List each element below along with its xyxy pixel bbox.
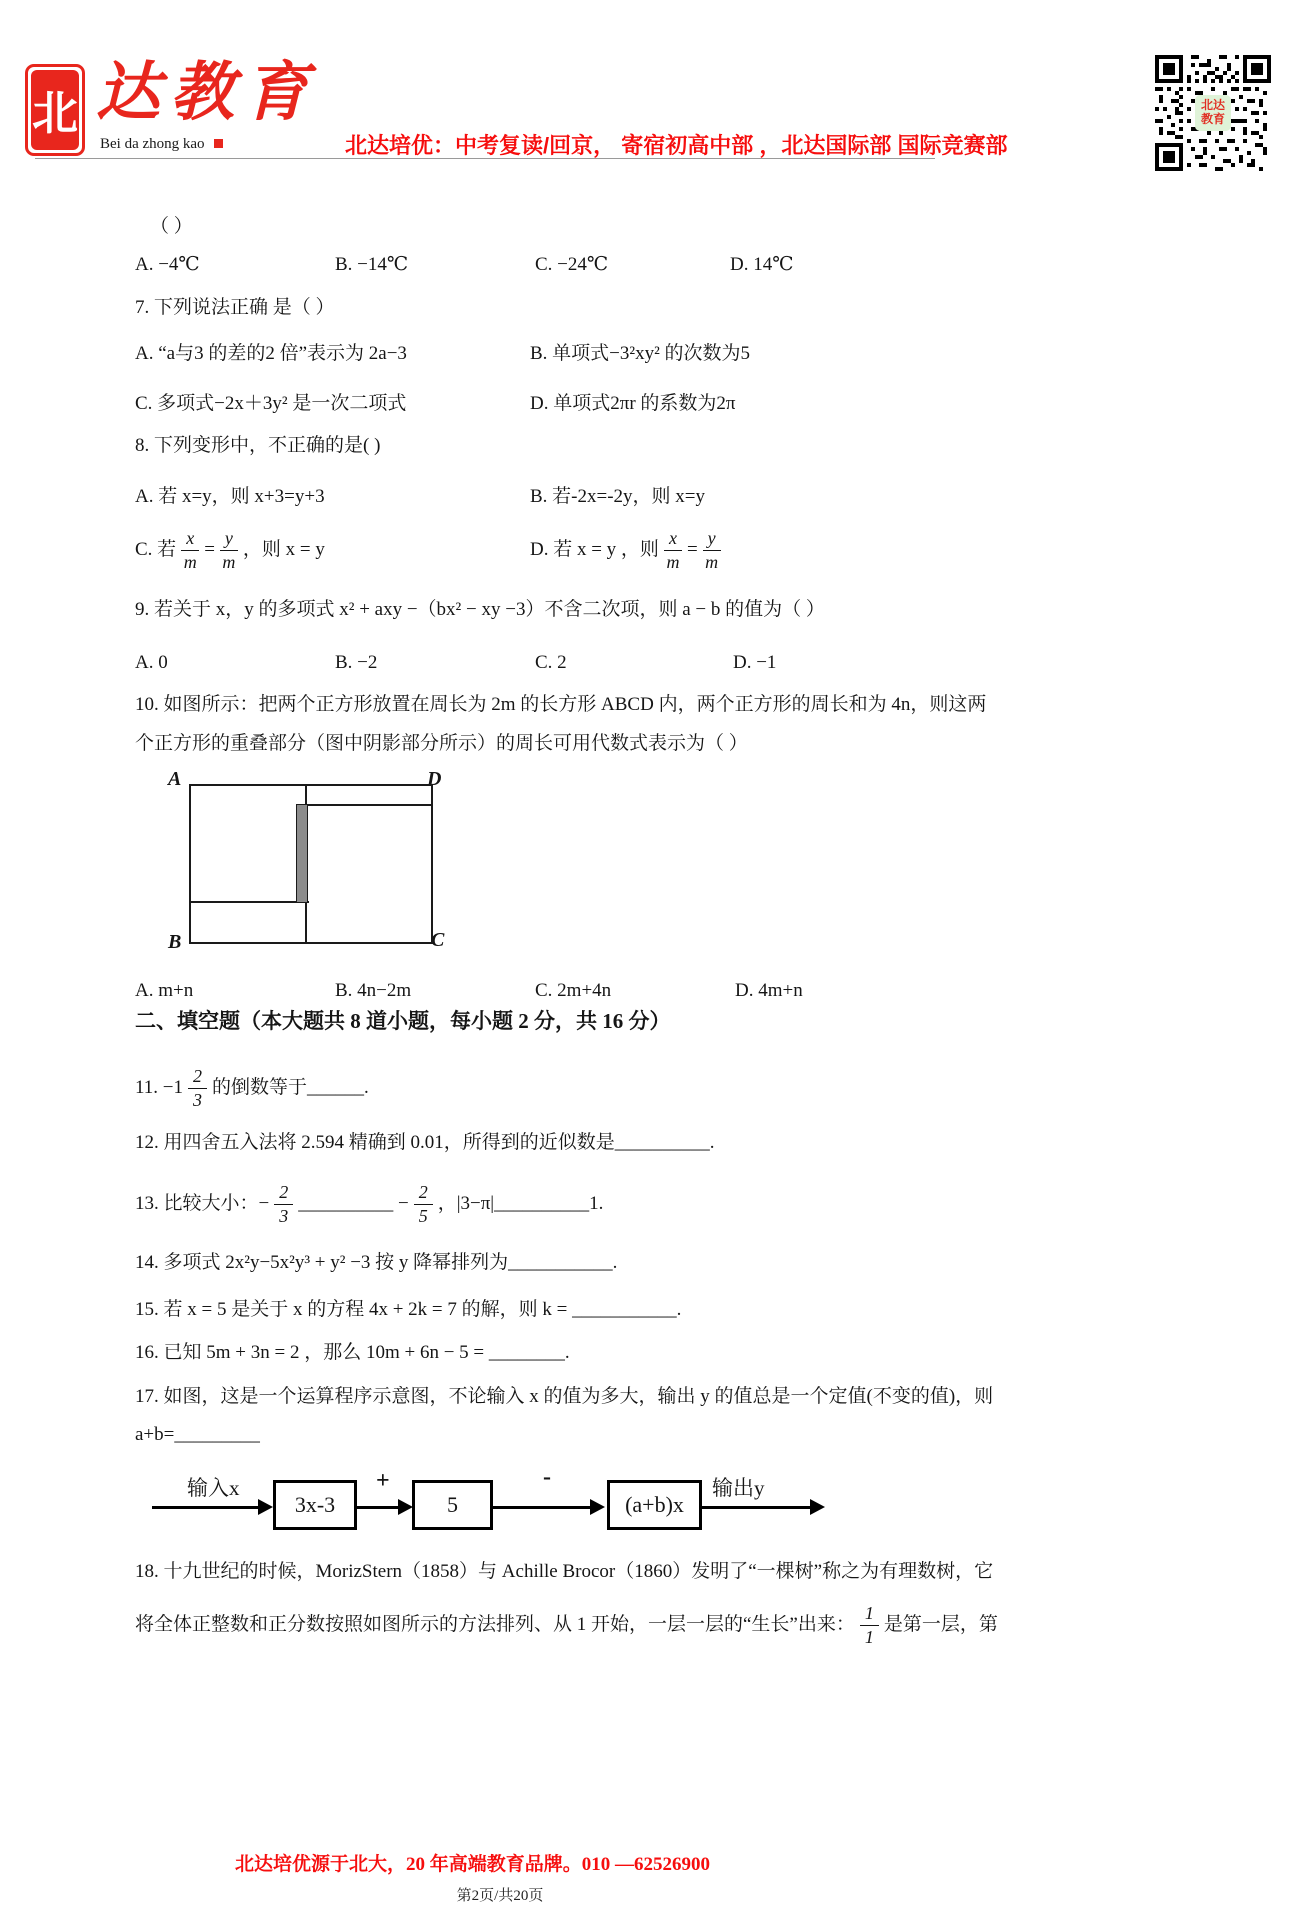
figure-label-b: B bbox=[168, 931, 181, 954]
flowchart-arrowhead-icon bbox=[258, 1499, 273, 1515]
option-7b: B. 单项式−3²xy² 的次数为5 bbox=[530, 338, 750, 365]
figure-left-square-bottom bbox=[191, 901, 309, 903]
option-6b: B. −14℃ bbox=[335, 253, 408, 276]
qr-center-badge: 北达 教育 bbox=[1195, 95, 1231, 131]
section-2-heading: 二、填空题（本大题共 8 道小题，每小题 2 分，共 16 分） bbox=[135, 1008, 671, 1034]
question-7-stem: 7. 下列说法正确 是（ ） bbox=[135, 296, 335, 320]
option-10c: C. 2m+4n bbox=[535, 980, 611, 1002]
figure-rectangle-abcd bbox=[189, 784, 433, 944]
page-number: 第2页/共20页 bbox=[0, 1884, 1000, 1905]
fraction-y-over-m: ym bbox=[703, 528, 721, 572]
exam-page: 北 达教育 Bei da zhong kao 北达培优：中考复读/回京， 寄宿初… bbox=[0, 0, 1304, 1928]
option-8d-pre: D. 若 x = y ，则 bbox=[530, 538, 659, 562]
option-9a: A. 0 bbox=[135, 652, 168, 674]
flowchart-output-label: 输出y bbox=[712, 1472, 765, 1502]
question-17-line2: a+b=_________ bbox=[135, 1423, 260, 1447]
question-15: 15. 若 x = 5 是关于 x 的方程 4x + 2k = 7 的解，则 k… bbox=[135, 1298, 681, 1322]
option-8c: C. 若 xm = ym ，则 x = y bbox=[135, 523, 325, 577]
option-6d: D. 14℃ bbox=[730, 253, 793, 276]
question-11-post: 的倒数等于______. bbox=[212, 1076, 369, 1100]
question-6-paren: （ ） bbox=[150, 215, 193, 239]
option-6c: C. −24℃ bbox=[535, 253, 608, 276]
fraction-x-over-m: xm bbox=[664, 528, 682, 572]
flowchart-arrowhead-icon bbox=[398, 1499, 413, 1515]
option-7d: D. 单项式2πr 的系数为2π bbox=[530, 388, 735, 415]
logo-text: 达教育 bbox=[96, 58, 318, 128]
option-7a: A. “a与3 的差的2 倍”表示为 2a−3 bbox=[135, 338, 407, 365]
qr-badge-line1: 北达 bbox=[1201, 99, 1225, 113]
option-9b: B. −2 bbox=[335, 652, 377, 674]
logo-stamp-icon: 北 bbox=[25, 64, 85, 156]
question-18-line2-post: 是第一层，第 bbox=[884, 1613, 998, 1637]
question-10-line1: 10. 如图所示：把两个正方形放置在周长为 2m 的长方形 ABCD 内，两个正… bbox=[135, 693, 986, 717]
question-17-line1: 17. 如图，这是一个运算程序示意图，不论输入 x 的值为多大，输出 y 的值总… bbox=[135, 1385, 993, 1409]
flowchart-input-label: 输入x bbox=[187, 1472, 240, 1502]
header-tagline: 北达培优：中考复读/回京， 寄宿初高中部 ，北达国际部 国际竞赛部 bbox=[345, 129, 1007, 160]
option-9c: C. 2 bbox=[535, 652, 567, 674]
question-18-line1: 18. 十九世纪的时候，MorizStern（1858）与 Achille Br… bbox=[135, 1560, 993, 1584]
option-10b: B. 4n−2m bbox=[335, 980, 411, 1002]
footer-slogan: 北达培优源于北大，20 年高端教育品牌。010 —62526900 bbox=[0, 1849, 945, 1876]
fraction-x-over-m: xm bbox=[181, 528, 199, 572]
question-9-stem: 9. 若关于 x，y 的多项式 x² + axy −（bx² − xy −3）不… bbox=[135, 598, 825, 622]
fraction-2-over-5: 25 bbox=[414, 1182, 433, 1226]
question-18-line2-pre: 将全体正整数和正分数按照如图所示的方法排列、从 1 开始，一层一层的“生长”出来… bbox=[135, 1613, 855, 1637]
question-14: 14. 多项式 2x²y−5x²y³ + y² −3 按 y 降幂排列为____… bbox=[135, 1251, 617, 1275]
option-10d: D. 4m+n bbox=[735, 980, 803, 1002]
fraction-1-over-1: 11 bbox=[860, 1603, 879, 1647]
option-10a: A. m+n bbox=[135, 980, 193, 1002]
option-8d-equals: = bbox=[687, 538, 698, 562]
flowchart-minus-label: - bbox=[543, 1464, 551, 1491]
flowchart-arrow-line bbox=[493, 1506, 593, 1509]
logo-square-icon bbox=[214, 139, 223, 148]
figure-label-a: A bbox=[168, 768, 181, 791]
figure-right-square-top bbox=[296, 804, 431, 806]
flowchart-box-2: 5 bbox=[412, 1480, 493, 1530]
option-9d: D. −1 bbox=[733, 652, 776, 674]
question-10-figure: A D B C bbox=[150, 765, 470, 965]
flowchart-arrow-line bbox=[702, 1506, 814, 1509]
flowchart-arrow-line bbox=[152, 1506, 264, 1509]
option-8c-pre: C. 若 bbox=[135, 538, 176, 562]
option-7c: C. 多项式−2x＋3y² 是一次二项式 bbox=[135, 388, 406, 415]
question-10-line2: 个正方形的重叠部分（图中阴影部分所示）的周长可用代数式表示为（ ） bbox=[135, 732, 748, 756]
question-11-pre: 11. −1 bbox=[135, 1076, 183, 1100]
figure-shaded-overlap bbox=[296, 804, 308, 903]
question-8-stem: 8. 下列变形中，不正确的是( ) bbox=[135, 434, 380, 458]
flowchart-box-1: 3x-3 bbox=[273, 1480, 357, 1530]
question-13-post: ，|3−π|__________1. bbox=[438, 1192, 604, 1216]
logo-stamp-character: 北 bbox=[31, 70, 79, 150]
question-11: 11. −1 23 的倒数等于______. bbox=[135, 1060, 369, 1116]
option-8d: D. 若 x = y ，则 xm = ym bbox=[530, 523, 726, 577]
flowchart-arrowhead-icon bbox=[810, 1499, 825, 1515]
option-8c-mid: ，则 x = y bbox=[243, 538, 325, 562]
question-13: 13. 比较大小：− 23 __________ − 25 ，|3−π|____… bbox=[135, 1178, 603, 1230]
fraction-2-over-3: 23 bbox=[274, 1182, 293, 1226]
qr-code: 北达 教育 bbox=[1155, 55, 1271, 175]
question-13-pre: 13. 比较大小：− bbox=[135, 1192, 269, 1216]
question-12: 12. 用四舍五入法将 2.594 精确到 0.01，所得到的近似数是_____… bbox=[135, 1131, 715, 1155]
question-13-mid: __________ − bbox=[298, 1192, 408, 1216]
question-16: 16. 已知 5m + 3n = 2 ，那么 10m + 6n − 5 = __… bbox=[135, 1341, 570, 1365]
flowchart-arrow-line bbox=[357, 1506, 401, 1509]
option-8a: A. 若 x=y，则 x+3=y+3 bbox=[135, 481, 325, 508]
logo-subtitle: Bei da zhong kao bbox=[100, 136, 223, 153]
fraction-2-over-3: 23 bbox=[188, 1066, 207, 1110]
question-18-line2: 将全体正整数和正分数按照如图所示的方法排列、从 1 开始，一层一层的“生长”出来… bbox=[135, 1598, 998, 1652]
fraction-y-over-m: ym bbox=[220, 528, 238, 572]
header-divider bbox=[35, 158, 935, 159]
flowchart-box-3: (a+b)x bbox=[607, 1480, 702, 1530]
option-8b: B. 若-2x=-2y，则 x=y bbox=[530, 481, 705, 508]
flowchart-arrowhead-icon bbox=[590, 1499, 605, 1515]
qr-badge-line2: 教育 bbox=[1201, 113, 1225, 127]
option-8c-equals: = bbox=[204, 538, 215, 562]
option-6a: A. −4℃ bbox=[135, 253, 200, 276]
logo-subtitle-text: Bei da zhong kao bbox=[100, 136, 205, 152]
flowchart-plus-label: + bbox=[376, 1468, 390, 1495]
figure-label-c: C bbox=[431, 929, 444, 952]
